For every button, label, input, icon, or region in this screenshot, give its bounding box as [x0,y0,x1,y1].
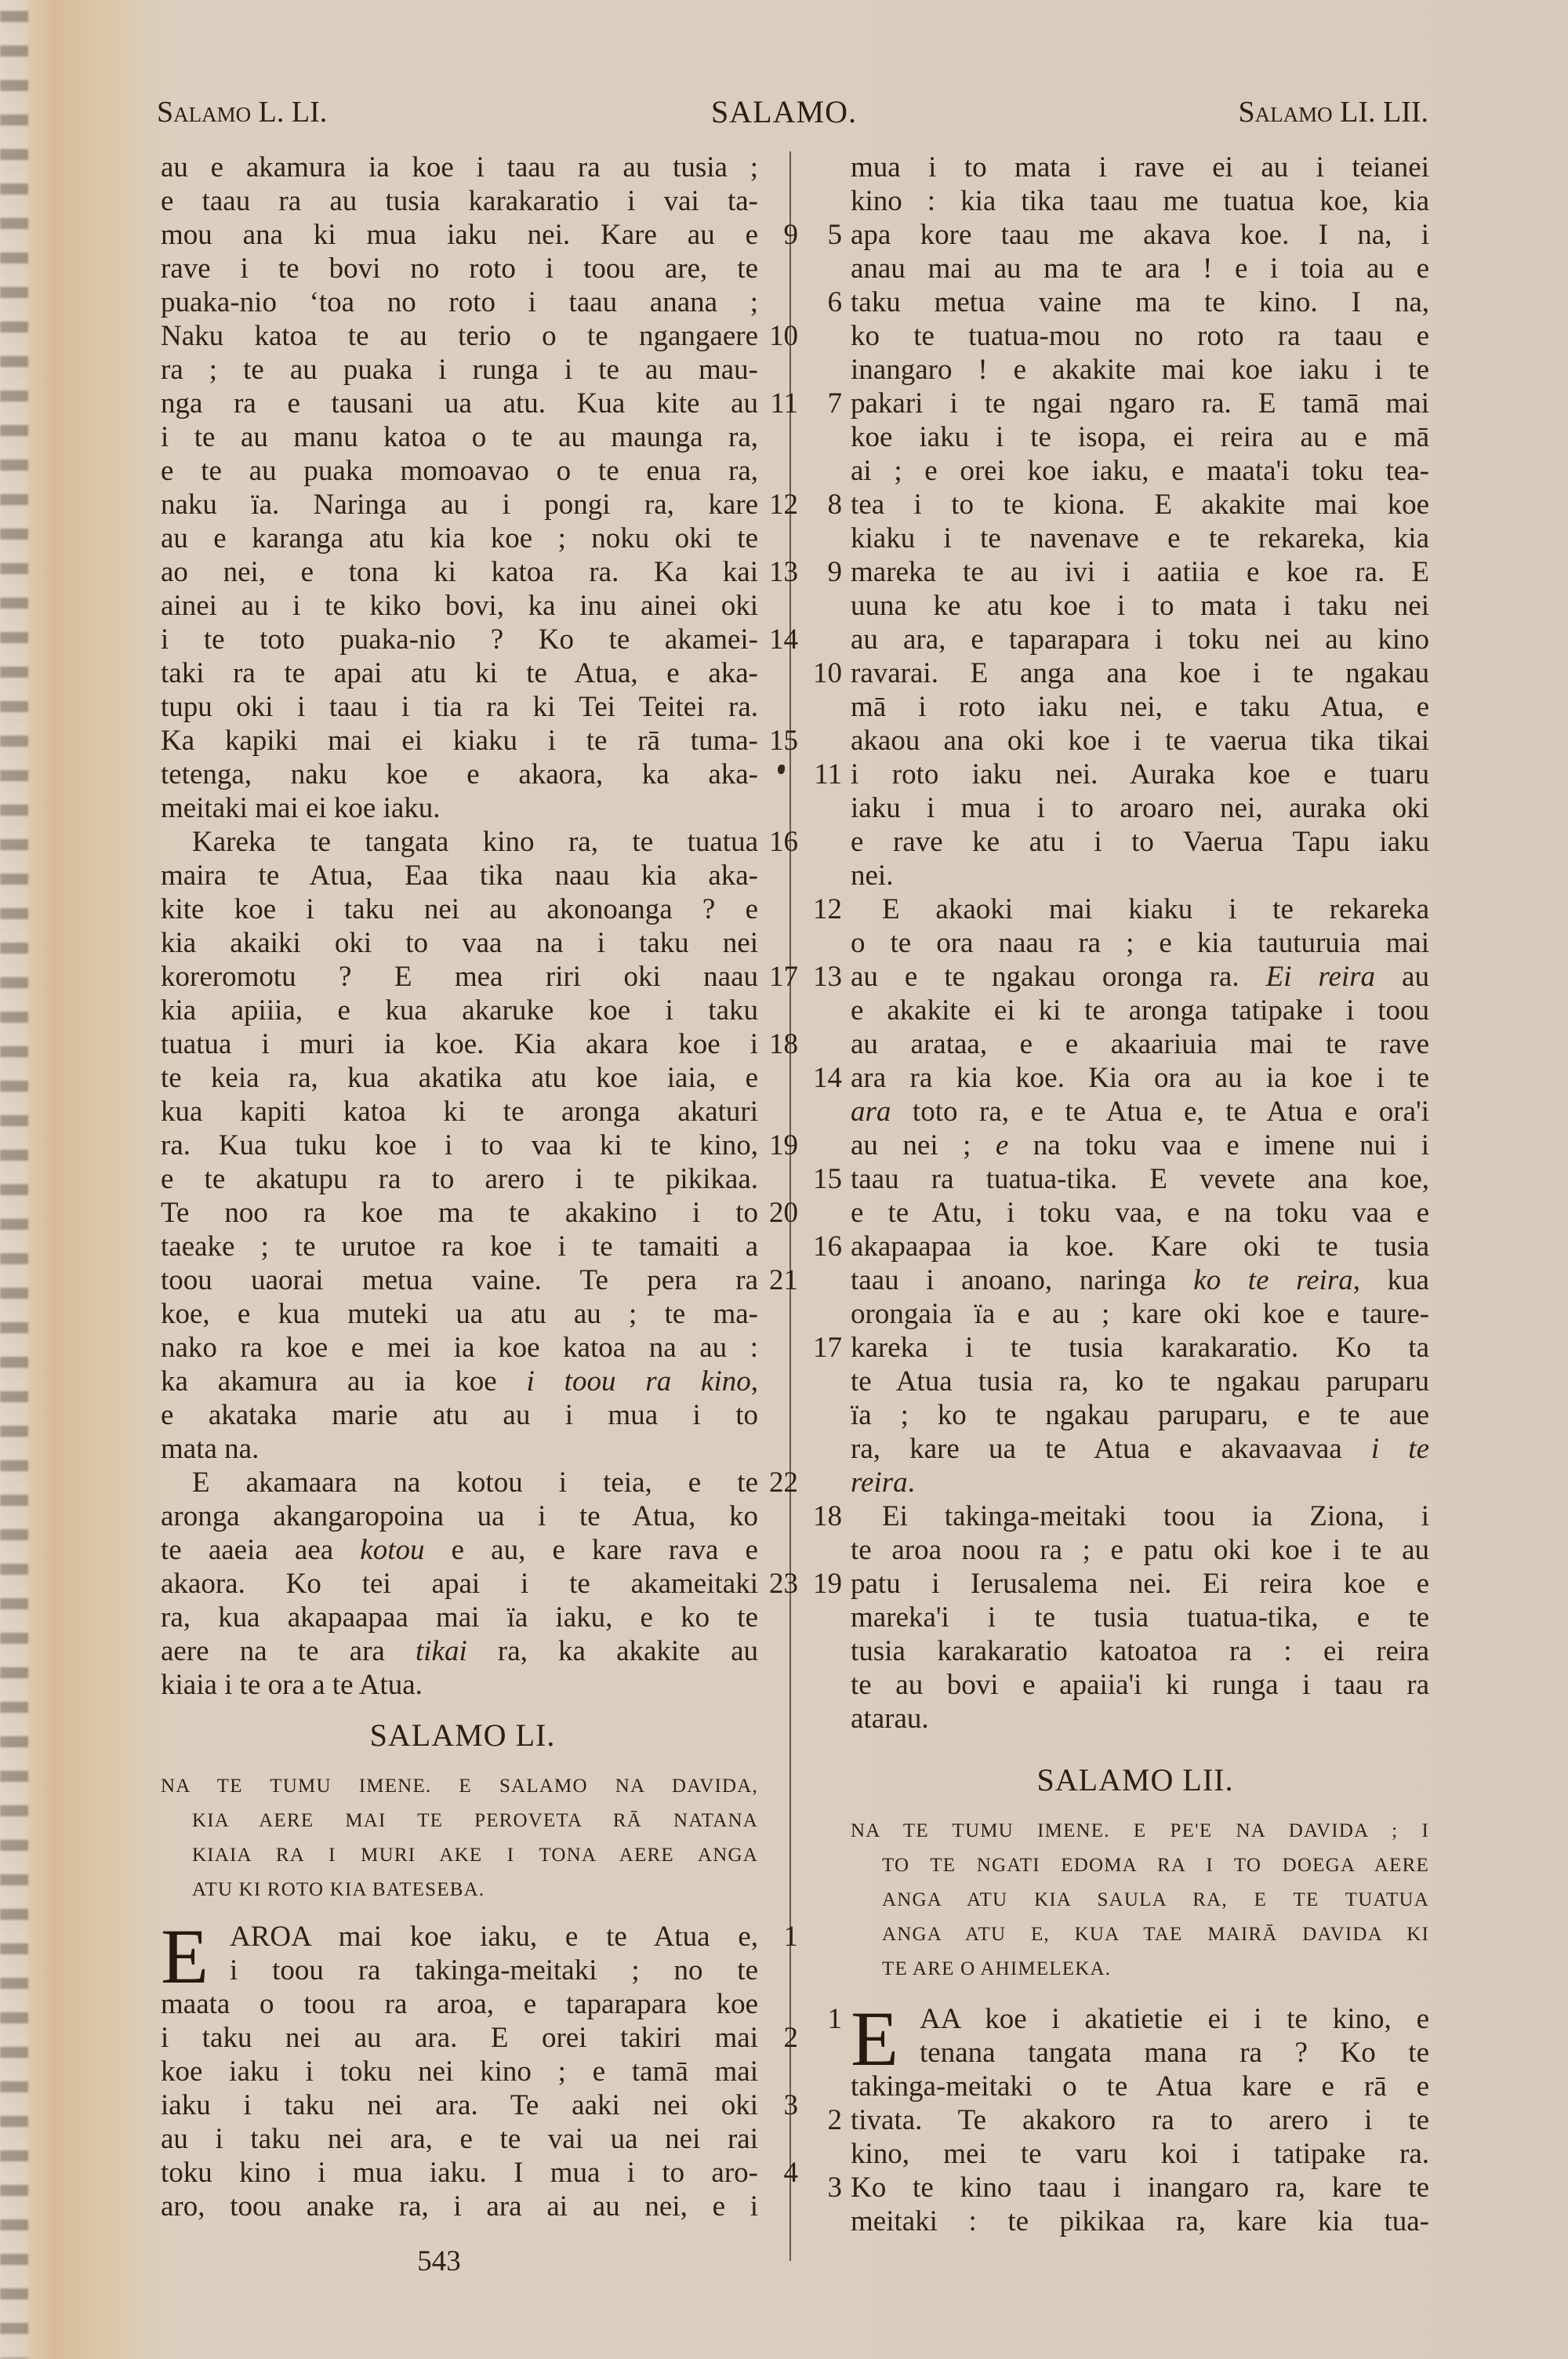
text-line: ra ; te au puaka i runga i te au mau- [161,353,764,387]
text-line: ra, kua akapaapaa mai ïa iaku, e ko te [161,1601,764,1634]
line-text: akaora. Ko tei apai i te akameitaki [161,1567,758,1601]
superscription-line: ANGA ATU KIA SAULA RA, E TE TUATUA [851,1883,1429,1917]
line-text: Kareka te tangata kino ra, te tuatua [161,825,758,859]
text-line: kua kapiti katoa ki te aronga akaturi [161,1095,764,1129]
text-line: takinga-meitaki o te Atua kare e rā e [806,2070,1433,2103]
verse-number: 18 [806,1499,842,1533]
line-text: ara toto ra, e te Atua e, te Atua e ora'… [851,1095,1429,1129]
text-line: te aaeia aea kotou e au, e kare rava e [161,1533,764,1567]
line-text: mareka'i i te tusia tuatua-tika, e te [851,1601,1429,1634]
text-line: aronga akangaropoina ua i te Atua, ko [161,1499,764,1533]
italic-text: kotou [360,1534,424,1566]
text-line: tea i to te kiona. E akakite mai koe8 [806,488,1433,522]
text-line: taki ra te apai atu ki te Atua, e aka- [161,656,764,690]
line-text: kareka i te tusia karakaratio. Ko ta [851,1331,1429,1365]
text-line: kiaku i te navenave e te rekareka, kia [806,522,1433,555]
text-line: tupu oki i taau i tia ra ki Tei Teitei r… [161,690,764,724]
text-line: maira te Atua, Eaa tika naau kia aka- [161,859,764,892]
verse-number: 9 [806,555,842,589]
verse-number: 11 [806,758,842,791]
verse-number: 15 [760,724,798,758]
text-line: e akataka marie atu au i mua i to [161,1398,764,1432]
text-line: ko te tuatua-mou no roto ra taau e [806,319,1433,353]
text-line: pakari i te ngai ngaro ra. E tamā mai7 [806,387,1433,420]
superscription-line: ATU KI ROTO KIA BATESEBA. [161,1873,758,1907]
line-text: ara ra kia koe. Kia ora au ia koe i te [851,1061,1429,1095]
text-line: meitaki mai ei koe iaku. [161,791,764,825]
text-line: te keia ra, kua akatika atu koe iaia, e [161,1061,764,1095]
book-page: Salamo L. LI. SALAMO. Salamo LI. LII. au… [0,0,1568,2359]
text-line: e rave ke atu i to Vaerua Tapu iaku [806,825,1433,859]
verse-number: 16 [806,1230,842,1263]
line-text: ra. Kua tuku koe i to vaa ki te kino, [161,1129,758,1162]
text-line: Kareka te tangata kino ra, te tuatua16 [161,825,764,859]
line-text: akapaapaa ia koe. Kare oki te tusia [851,1230,1429,1263]
verse-number: 10 [806,656,842,690]
line-text: maata o toou ra aroa, e taparapara koe [161,1987,758,2021]
line-text: te au bovi e apaiia'i ki runga i taau ra [851,1668,1429,1702]
text-line: au e te ngakau oronga ra. Ei reira au13 [806,960,1433,994]
verse-number: 15 [806,1162,842,1196]
text-line: kino, mei te varu koi i tatipake ra. [806,2137,1433,2171]
psalm-51-text: AROA mai koe iaku, e te Atua e,1i toou r… [161,1920,764,2223]
text-line: mā i roto iaku nei, e taku Atua, e [806,690,1433,724]
line-text: toku kino i mua iaku. I mua i to aro- [161,2156,758,2190]
line-text: kite koe i taku nei au akonoanga ? e [161,892,758,926]
text-line: i te au manu katoa o te au maunga ra, [161,420,764,454]
psalm-51-superscription: NA TE TUMU IMENE. E SALAMO NA DAVIDA,KIA… [161,1769,758,1907]
text-line: aro, toou anake ra, i ara ai au nei, e i [161,2190,764,2223]
verse-number: 21 [760,1263,798,1297]
text-line: ra. Kua tuku koe i to vaa ki te kino,19 [161,1129,764,1162]
line-text: nei. [851,859,1429,892]
line-text: AA koe i akatietie ei i te kino, e [851,2002,1429,2036]
verse-number: 23 [760,1567,798,1601]
right-column: mua i to mata i rave ei au i teianeikino… [806,151,1433,2238]
text-line: orongaia ïa e au ; kare oki koe e taure- [806,1297,1433,1331]
line-text: tusia karakaratio katoatoa ra : ei reira [851,1634,1429,1668]
text-line: i toou ra takinga-meitaki ; no te [161,1954,764,1987]
line-text: koe iaku i te isopa, ei reira au e mā [851,420,1429,454]
line-text: te keia ra, kua akatika atu koe iaia, e [161,1061,758,1095]
text-line: ara toto ra, e te Atua e, te Atua e ora'… [806,1095,1433,1129]
line-text: te aaeia aea kotou e au, e kare rava e [161,1533,758,1567]
text-line: ao nei, e tona ki katoa ra. Ka kai13 [161,555,764,589]
line-text: ravarai. E anga ana koe i te ngakau [851,656,1429,690]
line-text: ai ; e orei koe iaku, e maata'i toku tea… [851,454,1429,488]
line-text: koe, e kua muteki ua atu au ; te ma- [161,1297,758,1331]
text-line: E akamaara na kotou i teia, e te22 [161,1466,764,1499]
line-text: taau i anoano, naringa ko te reira, kua [851,1263,1429,1297]
text-line: mareka te au ivi i aatiia e koe ra. E9 [806,555,1433,589]
line-text: au nei ; e na toku vaa e imene nui i [851,1129,1429,1162]
psalm-52-opening: E AA koe i akatietie ei i te kino, e1ten… [806,2002,1433,2238]
line-text: kino, mei te varu koi i tatipake ra. [851,2137,1429,2171]
line-text: koe iaku i toku nei kino ; e tamā mai [161,2055,758,2088]
text-line: koe iaku i te isopa, ei reira au e mā [806,420,1433,454]
verse-number: 17 [806,1331,842,1365]
text-line: au e karanga atu kia koe ; noku oki te [161,522,764,555]
ink-blot [778,765,785,774]
text-line: Ka kapiki mai ei kiaku i te rā tuma-15 [161,724,764,758]
verse-number: 13 [760,555,798,589]
line-text: aere na te ara tikai ra, ka akakite au [161,1634,758,1668]
line-text: te Atua tusia ra, ko te ngakau paruparu [851,1365,1429,1398]
verse-number: 18 [760,1027,798,1061]
line-text: nako ra koe e mei ia koe katoa na au : [161,1331,758,1365]
psalm-50-text: au e akamura ia koe i taau ra au tusia ;… [161,151,764,1702]
line-text: e taau ra au tusia karakaratio i vai ta- [161,184,758,218]
line-text: e akataka marie atu au i mua i to [161,1398,758,1432]
verse-number: 1 [806,2002,842,2036]
line-text: ao nei, e tona ki katoa ra. Ka kai [161,555,758,589]
text-line: koreromotu ? E mea riri oki naau17 [161,960,764,994]
verse-number: 10 [760,319,798,353]
superscription-line: TE ARE O AHIMELEKA. [851,1952,1429,1986]
text-line: taau i anoano, naringa ko te reira, kua [806,1263,1433,1297]
line-text: mata na. [161,1432,758,1466]
text-line: ravarai. E anga ana koe i te ngakau10 [806,656,1433,690]
line-text: takinga-meitaki o te Atua kare e rā e [851,2070,1429,2103]
text-line: kareka i te tusia karakaratio. Ko ta17 [806,1331,1433,1365]
psalm-52-superscription: NA TE TUMU IMENE. E PE'E NA DAVIDA ; ITO… [851,1814,1429,1986]
line-text: ko te tuatua-mou no roto ra taau e [851,319,1429,353]
superscription-line: NA TE TUMU IMENE. E PE'E NA DAVIDA ; I [851,1814,1429,1848]
verse-number: 17 [760,960,798,994]
line-text: au i taku nei ara, e te vai ua nei rai [161,2122,758,2156]
verse-number: 14 [760,623,798,656]
line-text: ra, kare ua te Atua e akavaavaa i te [851,1432,1429,1466]
text-line: kia apiiia, e kua akaruke koe i taku [161,994,764,1027]
text-line: e akakite ei ki te aronga tatipake i too… [806,994,1433,1027]
text-line: patu i Ierusalema nei. Ei reira koe e19 [806,1567,1433,1601]
text-line: o te ora naau ra ; e kia tauturuia mai [806,926,1433,960]
text-line: Te noo ra koe ma te akakino i to20 [161,1196,764,1230]
italic-text: ko te reira [1193,1264,1352,1296]
line-text: au e karanga atu kia koe ; noku oki te [161,522,758,555]
line-text: koreromotu ? E mea riri oki naau [161,960,758,994]
text-line: e te Atu, i toku vaa, e na toku vaa e [806,1196,1433,1230]
line-text: nga ra e tausani ua atu. Kua kite au [161,387,758,420]
text-line: au i taku nei ara, e te vai ua nei rai [161,2122,764,2156]
line-text: akaou ana oki koe i te vaerua tika tikai [851,724,1429,758]
line-text: atarau. [851,1702,1429,1736]
text-line: ïa ; ko te ngakau paruparu, e te aue [806,1398,1433,1432]
superscription-line: KIA AERE MAI TE PEROVETA RĀ NATANA [161,1804,758,1838]
line-text: rave i te bovi no roto i toou are, te [161,252,758,285]
verse-number: 6 [806,285,842,319]
line-text: te aroa noou ra ; e patu oki koe i te au [851,1533,1429,1567]
line-text: naku ïa. Naringa au i pongi ra, kare [161,488,758,522]
line-text: uuna ke atu koe i to mata i taku nei [851,589,1429,623]
text-line: mua i to mata i rave ei au i teianei [806,151,1433,184]
text-line: rave i te bovi no roto i toou are, te [161,252,764,285]
line-text: patu i Ierusalema nei. Ei reira koe e [851,1567,1429,1601]
text-line: akapaapaa ia koe. Kare oki te tusia16 [806,1230,1433,1263]
text-line: te aroa noou ra ; e patu oki koe i te au [806,1533,1433,1567]
text-line: au arataa, e e akaariuia mai te rave [806,1027,1433,1061]
line-text: apa kore taau me akava koe. I na, i [851,218,1429,252]
line-text: e te au puaka momoavao o te enua ra, [161,454,758,488]
psalm-51-title: SALAMO LI. [161,1702,764,1769]
text-line: i roto iaku nei. Auraka koe e tuaru11 [806,758,1433,791]
line-text: kua kapiti katoa ki te aronga akaturi [161,1095,758,1129]
line-text: meitaki mai ei koe iaku. [161,791,758,825]
line-text: o te ora naau ra ; e kia tauturuia mai [851,926,1429,960]
verse-number: 16 [760,825,798,859]
text-line: mata na. [161,1432,764,1466]
text-line: tuatua i muri ia koe. Kia akara koe i18 [161,1027,764,1061]
text-line: atarau. [806,1702,1433,1736]
text-line: nei. [806,859,1433,892]
line-text: ïa ; ko te ngakau paruparu, e te aue [851,1398,1429,1432]
superscription-line: TO TE NGATI EDOMA RA I TO DOEGA AERE [851,1848,1429,1883]
line-text: reira. [851,1466,1429,1499]
verse-number: 5 [806,218,842,252]
italic-text: i toou ra kino [527,1365,751,1398]
line-text: kia akaiki oki to vaa na i taku nei [161,926,758,960]
line-text: inangaro ! e akakite mai koe iaku i te [851,353,1429,387]
text-line: koe iaku i toku nei kino ; e tamā mai [161,2055,764,2088]
text-line: ka akamura au ia koe i toou ra kino, [161,1365,764,1398]
line-text: au ara, e taparapara i toku nei au kino [851,623,1429,656]
text-line: tetenga, naku koe e akaora, ka aka- [161,758,764,791]
text-line: naku ïa. Naringa au i pongi ra, kare12 [161,488,764,522]
text-line: aere na te ara tikai ra, ka akakite au [161,1634,764,1668]
verse-number: 22 [760,1466,798,1499]
line-text: i roto iaku nei. Auraka koe e tuaru [851,758,1429,791]
text-line: anau mai au ma te ara ! e i toia au e [806,252,1433,285]
verse-number: 2 [806,2103,842,2137]
text-line: uuna ke atu koe i to mata i taku nei [806,589,1433,623]
line-text: Te noo ra koe ma te akakino i to [161,1196,758,1230]
line-text: kiaku i te navenave e te rekareka, kia [851,522,1429,555]
text-line: apa kore taau me akava koe. I na, i5 [806,218,1433,252]
text-line: nga ra e tausani ua atu. Kua kite au11 [161,387,764,420]
line-text: i te au manu katoa o te au maunga ra, [161,420,758,454]
line-text: Ka kapiki mai ei kiaku i te rā tuma- [161,724,758,758]
line-text: E akamaara na kotou i teia, e te [161,1466,758,1499]
verse-number: 4 [760,2156,798,2190]
line-text: meitaki : te pikikaa ra, kare kia tua- [851,2205,1429,2238]
line-text: AROA mai koe iaku, e te Atua e, [161,1920,758,1954]
line-text: tea i to te kiona. E akakite mai koe [851,488,1429,522]
text-line: kia akaiki oki to vaa na i taku nei [161,926,764,960]
text-line: e te au puaka momoavao o te enua ra, [161,454,764,488]
text-line: taku metua vaine ma te kino. I na,6 [806,285,1433,319]
line-text: ra, kua akapaapaa mai ïa iaku, e ko te [161,1601,758,1634]
text-line: au e akamura ia koe i taau ra au tusia ; [161,151,764,184]
text-line: akaou ana oki koe i te vaerua tika tikai [806,724,1433,758]
italic-text: Ei reira [1266,961,1376,993]
superscription-line: KIAIA RA I MURI AKE I TONA AERE ANGA [161,1838,758,1873]
text-line: kite koe i taku nei au akonoanga ? e [161,892,764,926]
text-line: akaora. Ko tei apai i te akameitaki23 [161,1567,764,1601]
left-column: au e akamura ia koe i taau ra au tusia ;… [161,151,764,2223]
text-line: kino : kia tika taau me tuatua koe, kia [806,184,1433,218]
line-text: au arataa, e e akaariuia mai te rave [851,1027,1429,1061]
line-text: iaku i taku nei ara. Te aaki nei oki [161,2088,758,2122]
page-number: 543 [392,2245,486,2278]
text-line: tenana tangata mana ra ? Ko te [806,2036,1433,2070]
line-text: taku metua vaine ma te kino. I na, [851,285,1429,319]
line-text: i taku nei au ara. E orei takiri mai [161,2021,758,2055]
text-line: au ara, e taparapara i toku nei au kino [806,623,1433,656]
verse-number: 20 [760,1196,798,1230]
line-text: ainei au i te kiko bovi, ka inu ainei ok… [161,589,758,623]
text-line: maata o toou ra aroa, e taparapara koe [161,1987,764,2021]
line-text: mā i roto iaku nei, e taku Atua, e [851,690,1429,724]
text-line: e te akatupu ra to arero i te pikikaa. [161,1162,764,1196]
line-text: tetenga, naku koe e akaora, ka aka- [161,758,758,791]
line-text: ka akamura au ia koe i toou ra kino, [161,1365,758,1398]
line-text: e akakite ei ki te aronga tatipake i too… [851,994,1429,1027]
text-line: taau ra tuatua-tika. E vevete ana koe,15 [806,1162,1433,1196]
psalm-51-continued-text: mua i to mata i rave ei au i teianeikino… [806,151,1433,1736]
italic-text: e [996,1129,1008,1161]
text-line: ra, kare ua te Atua e akavaavaa i te [806,1432,1433,1466]
line-text: mou ana ki mua iaku nei. Kare au e [161,218,758,252]
line-text: mua i to mata i rave ei au i teianei [851,151,1429,184]
line-text: Ei takinga-meitaki toou ia Ziona, i [851,1499,1429,1533]
text-line: ai ; e orei koe iaku, e maata'i toku tea… [806,454,1433,488]
line-text: Ko te kino taau i inangaro ra, kare te [851,2171,1429,2205]
verse-number: 19 [760,1129,798,1162]
running-head-right-suffix: LI. LII. [1340,96,1428,129]
line-text: kiaia i te ora a te Atua. [161,1668,758,1702]
text-line: koe, e kua muteki ua atu au ; te ma- [161,1297,764,1331]
italic-text: i te [1371,1433,1429,1465]
text-line: iaku i taku nei ara. Te aaki nei oki3 [161,2088,764,2122]
verse-number: 2 [760,2021,798,2055]
text-line: i te toto puaka-nio ? Ko te akamei-14 [161,623,764,656]
text-line: inangaro ! e akakite mai koe iaku i te [806,353,1433,387]
text-line: Ko te kino taau i inangaro ra, kare te3 [806,2171,1433,2205]
line-text: aro, toou anake ra, i ara ai au nei, e i [161,2190,758,2223]
text-line: iaku i mua i to aroaro nei, auraka oki [806,791,1433,825]
verse-number: 7 [806,387,842,420]
text-line: mou ana ki mua iaku nei. Kare au e9 [161,218,764,252]
line-text: taki ra te apai atu ki te Atua, e aka- [161,656,758,690]
text-line: e taau ra au tusia karakaratio i vai ta- [161,184,764,218]
text-line: toku kino i mua iaku. I mua i to aro-4 [161,2156,764,2190]
line-text: tuatua i muri ia koe. Kia akara koe i [161,1027,758,1061]
line-text: pakari i te ngai ngaro ra. E tamā mai [851,387,1429,420]
text-line: taeake ; te urutoe ra koe i te tamaiti a [161,1230,764,1263]
line-text: orongaia ïa e au ; kare oki koe e taure- [851,1297,1429,1331]
line-text: toou uaorai metua vaine. Te pera ra [161,1263,758,1297]
verse-number: 3 [806,2171,842,2205]
superscription-line: ANGA ATU E, KUA TAE MAIRĀ DAVIDA KI [851,1917,1429,1952]
text-line: nako ra koe e mei ia koe katoa na au : [161,1331,764,1365]
line-text: tupu oki i taau i tia ra ki Tei Teitei r… [161,690,758,724]
line-text: au e akamura ia koe i taau ra au tusia ; [161,151,758,184]
line-text: i te toto puaka-nio ? Ko te akamei- [161,623,758,656]
psalm-51-opening: E AROA mai koe iaku, e te Atua e,1i toou… [161,1920,764,2223]
line-text: e te Atu, i toku vaa, e na toku vaa e [851,1196,1429,1230]
text-line: ainei au i te kiko bovi, ka inu ainei ok… [161,589,764,623]
line-text: ra ; te au puaka i runga i te au mau- [161,353,758,387]
line-text: anau mai au ma te ara ! e i toia au e [851,252,1429,285]
superscription-line: NA TE TUMU IMENE. E SALAMO NA DAVIDA, [161,1769,758,1804]
text-line: toou uaorai metua vaine. Te pera ra21 [161,1263,764,1297]
verse-number: 12 [806,892,842,926]
text-line: te au bovi e apaiia'i ki runga i taau ra [806,1668,1433,1702]
line-text: kino : kia tika taau me tuatua koe, kia [851,184,1429,218]
running-head-right: Salamo LI. LII. [1238,93,1428,132]
running-head-right-prefix: Salamo [1238,96,1332,129]
text-line: kiaia i te ora a te Atua. [161,1668,764,1702]
text-line: i taku nei au ara. E orei takiri mai2 [161,2021,764,2055]
text-line: puaka-nio ʻtoa no roto i taau anana ; [161,285,764,319]
psalm-52-text: AA koe i akatietie ei i te kino, e1tenan… [806,2002,1433,2238]
verse-number: 9 [760,218,798,252]
line-text: kia apiiia, e kua akaruke koe i taku [161,994,758,1027]
text-line: Ei takinga-meitaki toou ia Ziona, i18 [806,1499,1433,1533]
psalm-52-title: SALAMO LII. [806,1747,1433,1814]
line-text: e rave ke atu i to Vaerua Tapu iaku [851,825,1429,859]
line-text: maira te Atua, Eaa tika naau kia aka- [161,859,758,892]
line-text: puaka-nio ʻtoa no roto i taau anana ; [161,285,758,319]
verse-number: 19 [806,1567,842,1601]
facing-page-edge [0,0,28,2359]
verse-number: 11 [760,387,798,420]
text-line: meitaki : te pikikaa ra, kare kia tua- [806,2205,1433,2238]
line-text: tivata. Te akakoro ra to arero i te [851,2103,1429,2137]
line-text: mareka te au ivi i aatiia e koe ra. E [851,555,1429,589]
line-text: i toou ra takinga-meitaki ; no te [161,1954,758,1987]
verse-number: 1 [760,1920,798,1954]
text-line: AA koe i akatietie ei i te kino, e1 [806,2002,1433,2036]
line-text: aronga akangaropoina ua i te Atua, ko [161,1499,758,1533]
text-line: Naku katoa te au terio o te ngangaere10 [161,319,764,353]
line-text: e te akatupu ra to arero i te pikikaa. [161,1162,758,1196]
text-line: te Atua tusia ra, ko te ngakau paruparu [806,1365,1433,1398]
text-line: au nei ; e na toku vaa e imene nui i [806,1129,1433,1162]
line-text: taeake ; te urutoe ra koe i te tamaiti a [161,1230,758,1263]
italic-text: tikai [416,1635,467,1667]
line-text: iaku i mua i to aroaro nei, auraka oki [851,791,1429,825]
text-line: mareka'i i te tusia tuatua-tika, e te [806,1601,1433,1634]
text-line: tusia karakaratio katoatoa ra : ei reira [806,1634,1433,1668]
line-text: taau ra tuatua-tika. E vevete ana koe, [851,1162,1429,1196]
italic-text: reira [851,1467,908,1499]
line-text: Naku katoa te au terio o te ngangaere [161,319,758,353]
verse-number: 14 [806,1061,842,1095]
line-text: tenana tangata mana ra ? Ko te [851,2036,1429,2070]
text-line: tivata. Te akakoro ra to arero i te2 [806,2103,1433,2137]
verse-number: 8 [806,488,842,522]
italic-text: ara [851,1096,891,1128]
text-line: E akaoki mai kiaku i te rekareka12 [806,892,1433,926]
verse-number: 12 [760,488,798,522]
verse-number: 13 [806,960,842,994]
line-text: au e te ngakau oronga ra. Ei reira au [851,960,1429,994]
text-line: ara ra kia koe. Kia ora au ia koe i te14 [806,1061,1433,1095]
verse-number: 3 [760,2088,798,2122]
text-line: reira. [806,1466,1433,1499]
text-line: AROA mai koe iaku, e te Atua e,1 [161,1920,764,1954]
line-text: E akaoki mai kiaku i te rekareka [851,892,1429,926]
